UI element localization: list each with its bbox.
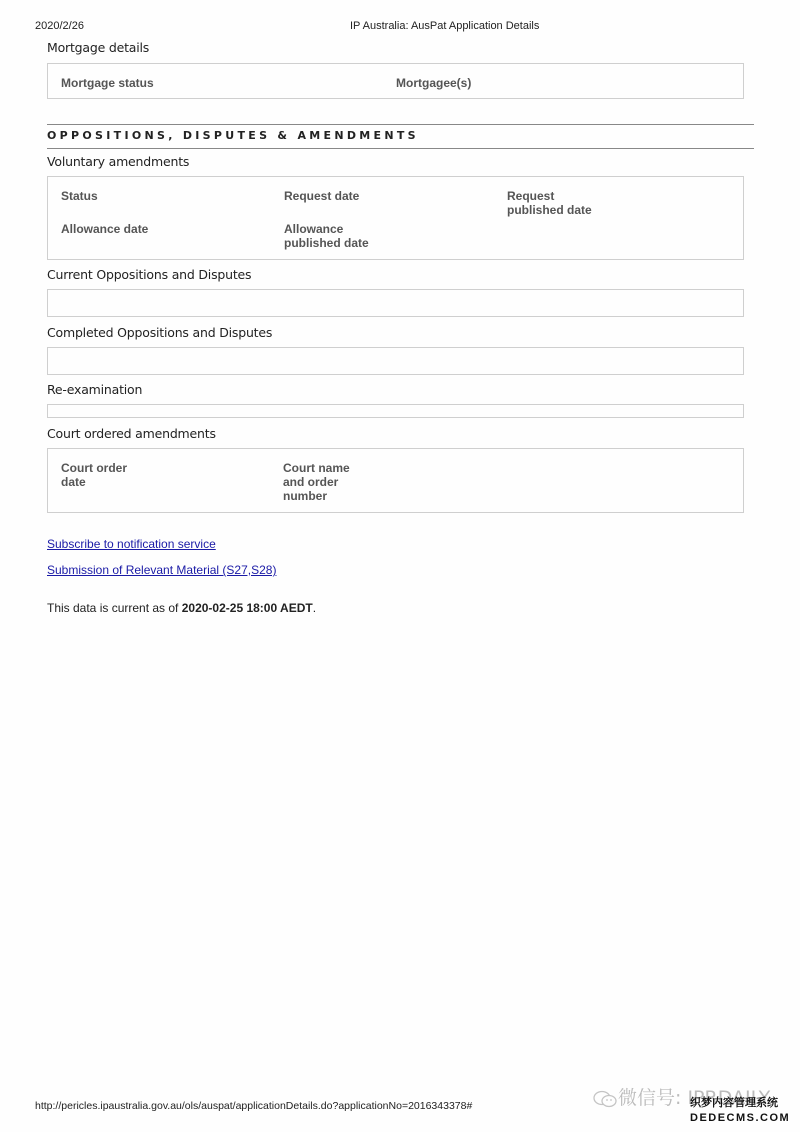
court-name-order-number-field: Court name and order number [283,461,350,503]
section-rule-top [47,124,754,125]
status-field: Status [61,189,98,203]
print-footer-url: http://pericles.ipaustralia.gov.au/ols/a… [35,1100,472,1112]
voluntary-amendments-label: Voluntary amendments [47,154,189,169]
data-currency-prefix: This data is current as of [47,601,182,615]
mortgage-details-label: Mortgage details [47,40,149,55]
dedecms-watermark-line1: 织梦内容管理系统 [690,1097,778,1109]
voluntary-amendments-box: Status Request date Request published da… [47,176,744,260]
current-oppositions-label: Current Oppositions and Disputes [47,267,251,282]
mortgage-details-box: Mortgage status Mortgagee(s) [47,63,744,99]
print-date: 2020/2/26 [35,20,84,32]
data-currency-note: This data is current as of 2020-02-25 18… [47,601,316,615]
completed-oppositions-box [47,347,744,375]
data-currency-timestamp: 2020-02-25 18:00 AEDT [182,601,313,615]
dedecms-watermark-line2: DEDECMS.COM [690,1112,790,1124]
request-date-field: Request date [284,189,359,203]
current-oppositions-box [47,289,744,317]
allowance-date-field: Allowance date [61,222,148,236]
subscribe-notification-link[interactable]: Subscribe to notification service [47,537,216,551]
data-currency-suffix: . [313,601,316,615]
mortgagees-field: Mortgagee(s) [396,76,471,90]
print-title: IP Australia: AusPat Application Details [350,20,539,32]
court-ordered-amendments-label: Court ordered amendments [47,426,216,441]
mortgage-status-field: Mortgage status [61,76,154,90]
request-published-date-field: Request published date [507,189,592,217]
reexamination-label: Re-examination [47,382,142,397]
reexamination-box [47,404,744,418]
wechat-icon [592,1089,618,1109]
submission-relevant-material-link[interactable]: Submission of Relevant Material (S27,S28… [47,563,276,577]
court-ordered-amendments-box: Court order date Court name and order nu… [47,448,744,513]
court-order-date-field: Court order date [61,461,127,489]
section-rule-bottom [47,148,754,149]
completed-oppositions-label: Completed Oppositions and Disputes [47,325,272,340]
section-title: OPPOSITIONS, DISPUTES & AMENDMENTS [47,129,419,142]
allowance-published-date-field: Allowance published date [284,222,369,250]
